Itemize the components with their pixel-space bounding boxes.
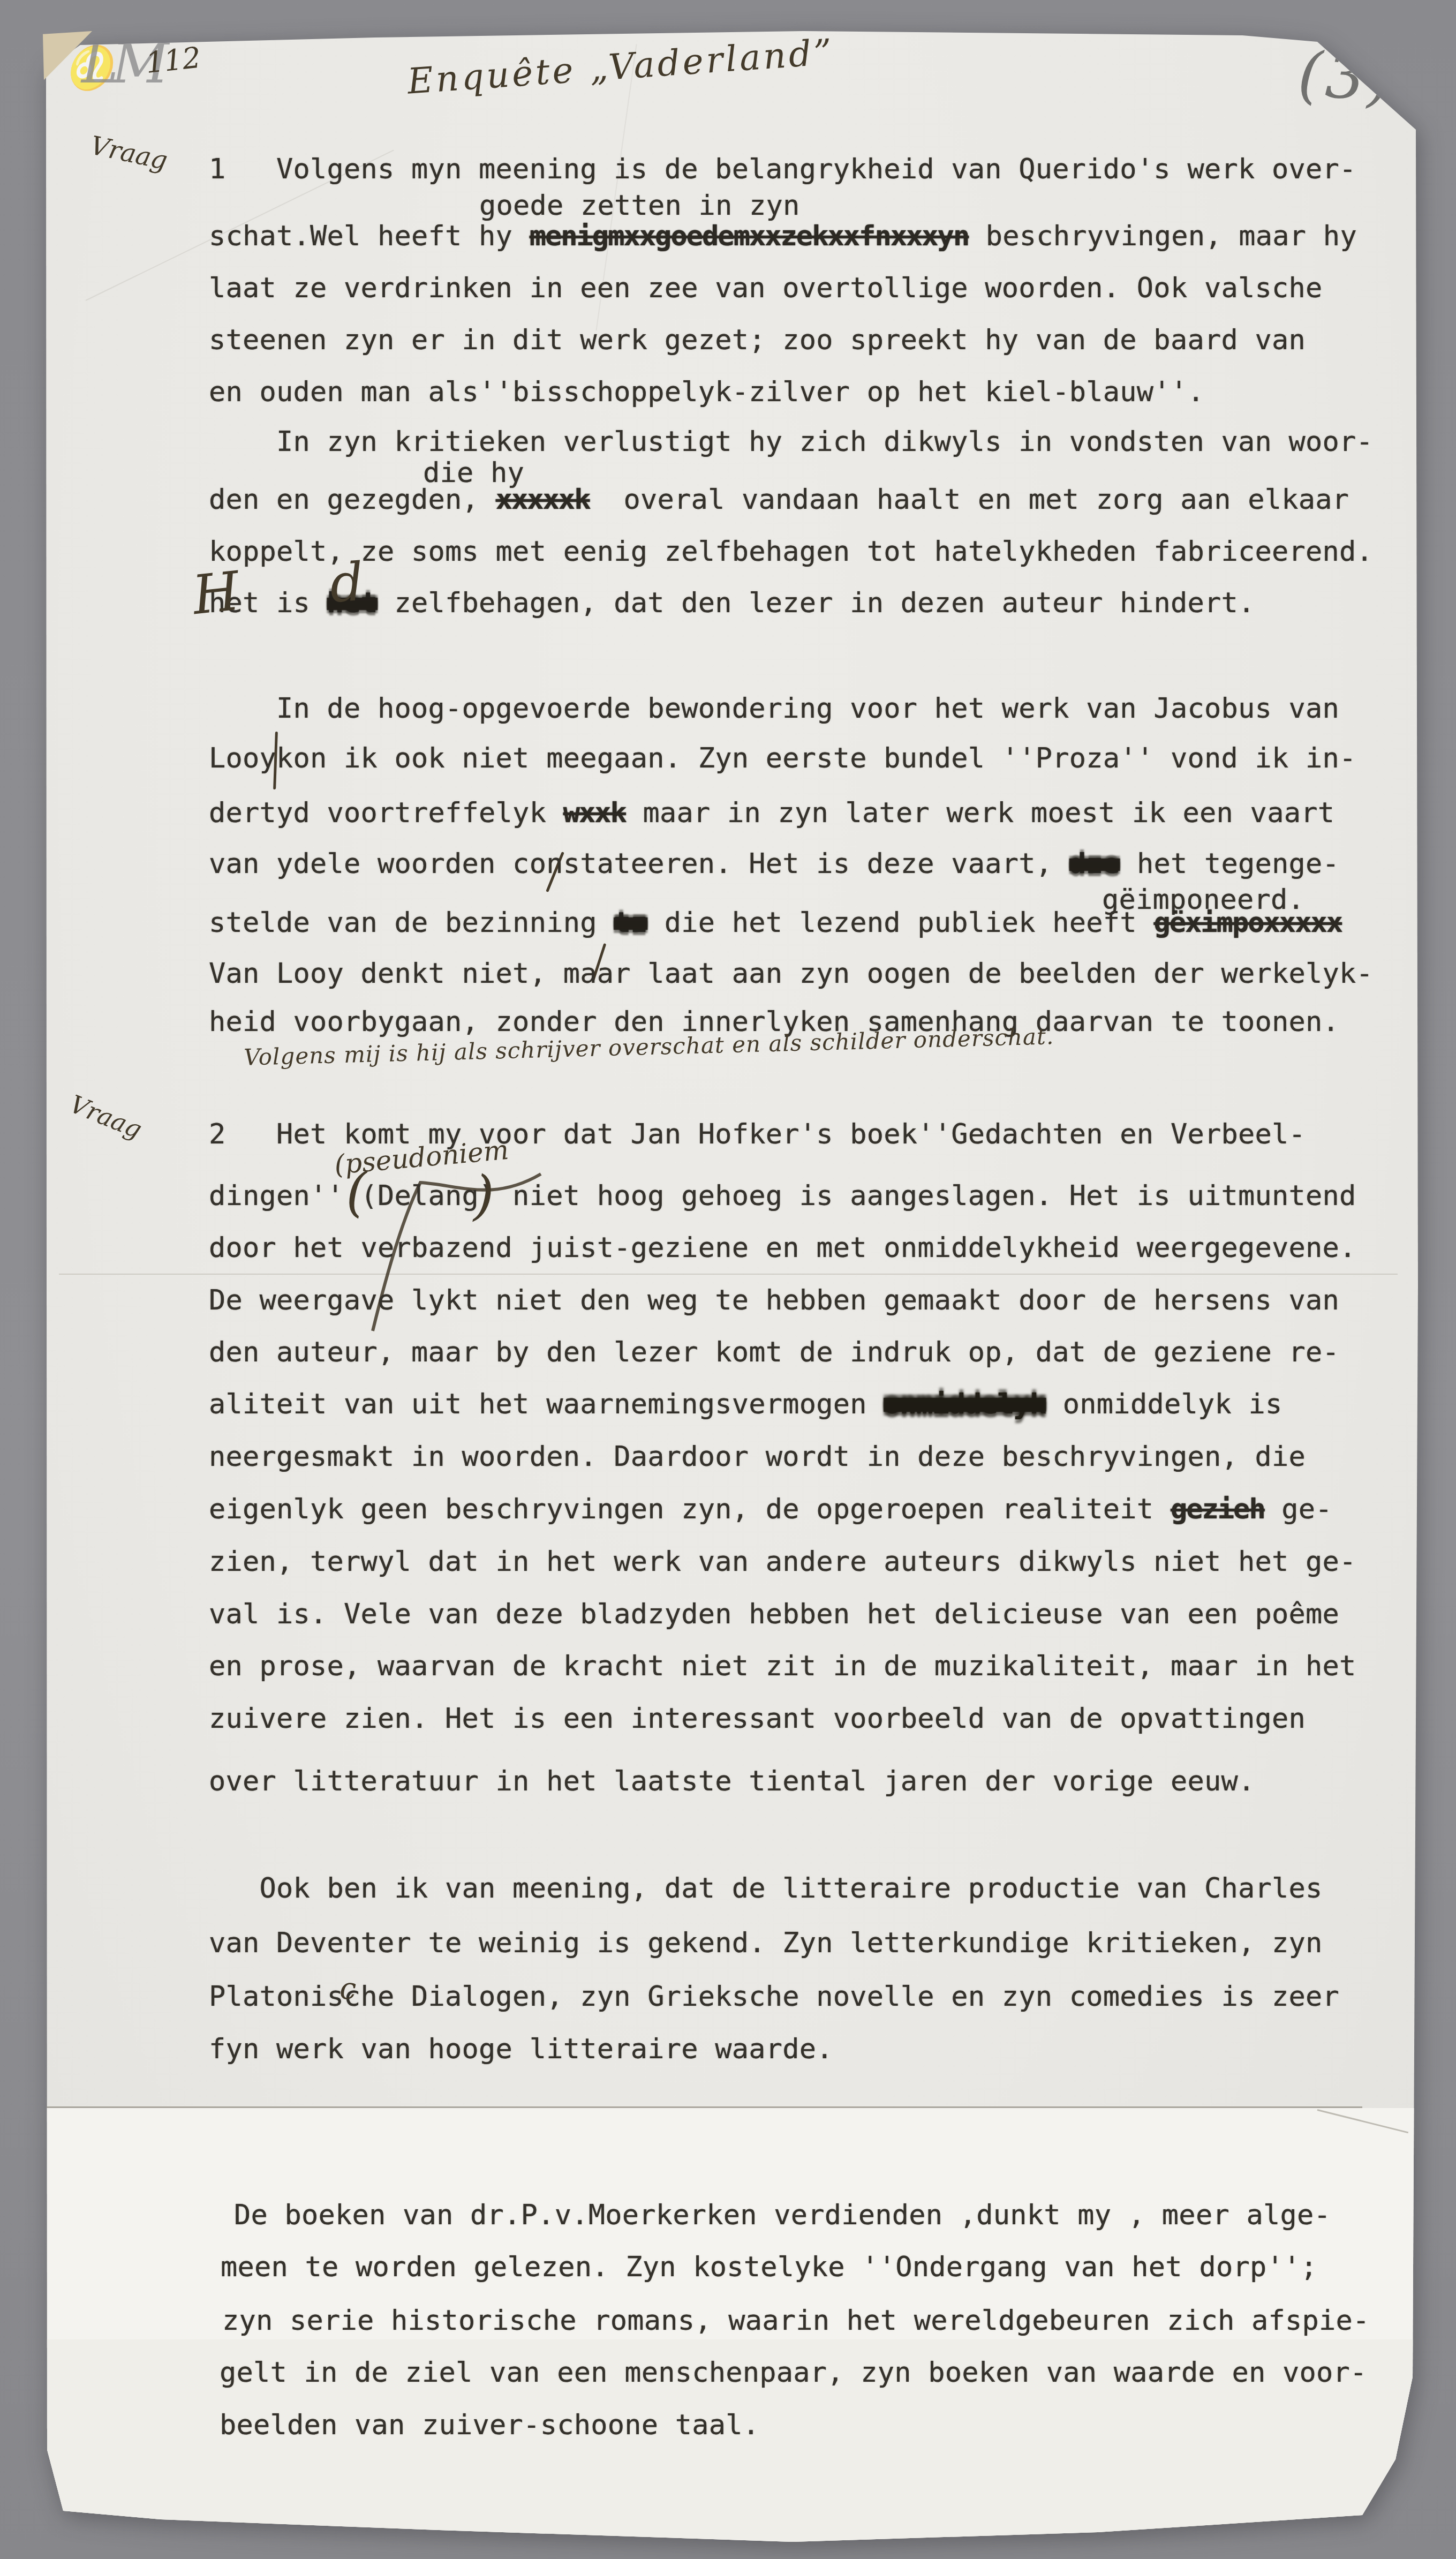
typed-segment: eigenlyk geen beschryvingen zyn, de opge…: [209, 1493, 1171, 1525]
ink-correction-c: c: [340, 1974, 356, 2004]
typed-line: 1 Volgens myn meening is de belangrykhei…: [209, 154, 1356, 185]
fold-line: [45, 2106, 1362, 2108]
scanned-document-screenshot: ♌ LM 112 Enquête „Vaderland” (3) Vraag V…: [0, 0, 1456, 2559]
typed-line: schat.Wel heeft hy menigmxxgoedemxxzekxx…: [209, 221, 1357, 252]
typed-line: beelden van zuiver-schoone taal.: [220, 2410, 759, 2441]
typed-segment: den en gezegden,: [209, 484, 496, 516]
typed-segment: dertyd voortreffelyk: [209, 797, 563, 829]
typed-line: dingen'' (Delang) niet hoog gehoeg is aa…: [209, 1181, 1356, 1211]
typed-line: stelde van de bezinning tz die het lezen…: [209, 908, 1342, 938]
page-number: (3): [1296, 43, 1397, 110]
typed-line: val is. Vele van deze bladzyden hebben h…: [209, 1599, 1339, 1630]
typed-line: en ouden man als''bisschoppelyk-zilver o…: [209, 377, 1204, 408]
typed-line: het is het zelfbehagen, dat den lezer in…: [209, 588, 1255, 619]
ink-correction-H: H: [190, 565, 242, 623]
typed-line: steenen zyn er in dit werk gezet; zoo sp…: [209, 325, 1306, 356]
typed-line: Van Looy denkt niet, maar laat aan zyn o…: [209, 959, 1373, 989]
typed-line: fyn werk van hooge litteraire waarde.: [209, 2034, 833, 2065]
typed-line: De weergave lykt niet den weg te hebben …: [209, 1285, 1339, 1316]
typed-segment: schat.Wel heeft hy: [209, 220, 530, 252]
paper-crease: [59, 1274, 1398, 1275]
typed-interline-insert: goede zetten in zyn: [479, 191, 800, 221]
typed-line: In zyn kritieken verlustigt hy zich dikw…: [209, 427, 1373, 457]
struck-text: xxxxxk: [496, 484, 590, 516]
ink-deleted-word: tz: [614, 907, 647, 939]
struck-text: gezieh: [1171, 1493, 1265, 1525]
struck-text: menigmxxgoedemxxzekxxfnxxxyn: [530, 220, 969, 252]
typed-line: Looykon ik ook niet meegaan. Zyn eerste …: [209, 743, 1356, 774]
margin-note-vraag-2: Vraag: [66, 1092, 145, 1142]
typed-line: In de hoog-opgevoerde bewondering voor h…: [209, 694, 1339, 724]
typed-line: Platonische Dialogen, zyn Grieksche nove…: [209, 1982, 1339, 2012]
typed-segment: kon ik ook niet meegaan. Zyn eerste bund…: [276, 742, 1356, 774]
typed-line: neergesmakt in woorden. Daardoor wordt i…: [209, 1442, 1306, 1472]
struck-text: wxxk: [563, 797, 626, 829]
ink-correction-d: d: [328, 556, 365, 611]
typed-segment: die het lezend publiek heeft: [647, 907, 1153, 939]
ink-paren-close: ): [473, 1169, 494, 1222]
typed-line: van ydele woorden constateeren. Het is d…: [209, 849, 1339, 879]
typed-line: zuivere zien. Het is een interessant voo…: [209, 1704, 1306, 1734]
paper-shadow-wrap: ♌ LM 112 Enquête „Vaderland” (3) Vraag V…: [0, 0, 1456, 2559]
typed-line: dertyd voortreffelyk wxxk maar in zyn la…: [209, 798, 1334, 829]
typed-line: laat ze verdrinken in een zee van overto…: [209, 273, 1322, 304]
ink-paren-open: (: [346, 1165, 367, 1219]
typed-line: aliteit van uit het waarnemingsvermogen …: [209, 1389, 1282, 1420]
typed-line: eigenlyk geen beschryvingen zyn, de opge…: [209, 1494, 1332, 1525]
typed-line: over litteratuur in het laatste tiental …: [209, 1766, 1255, 1797]
typed-segment: aliteit van uit het waarnemingsvermogen: [209, 1388, 884, 1420]
typed-line: Ook ben ik van meening, dat de litterair…: [209, 1873, 1322, 1904]
typewritten-page: ♌ LM 112 Enquête „Vaderland” (3) Vraag V…: [0, 0, 1456, 2559]
typed-segment: onmiddelyk is: [1046, 1388, 1282, 1420]
typed-line: zien, terwyl dat in het werk van andere …: [209, 1547, 1356, 1577]
typed-line: den en gezegden, xxxxxk overal vandaan h…: [209, 485, 1349, 515]
typed-line: gelt in de ziel van een menschenpaar, zy…: [220, 2358, 1367, 2388]
typed-line: koppelt, ze soms met eenig zelfbehagen t…: [209, 537, 1373, 567]
typed-line: van Deventer te weinig is gekend. Zyn le…: [209, 1928, 1322, 1959]
typed-segment: beschryvingen, maar hy: [969, 220, 1357, 252]
typed-line: zyn serie historische romans, waarin het…: [222, 2306, 1369, 2336]
typed-line: De boeken van dr.P.v.Moerkerken verdiend…: [234, 2200, 1331, 2231]
typed-line: 2 Het komt my voor dat Jan Hofker's boek…: [209, 1119, 1306, 1150]
typed-line: door het verbazend juist-geziene en met …: [209, 1233, 1356, 1263]
typed-line: den auteur, maar by den lezer komt de in…: [209, 1337, 1339, 1368]
page-title-script: Enquête „Vaderland”: [406, 34, 836, 100]
struck-text: gëximpoxxxxx: [1153, 907, 1342, 939]
typed-line: meen te worden gelezen. Zyn kostelyke ''…: [221, 2252, 1317, 2283]
typed-segment: zelfbehagen, dat den lezer in dezen aute…: [378, 587, 1255, 619]
ink-deleted-word: dze: [1069, 848, 1120, 880]
typed-segment: stelde van de bezinning: [209, 907, 614, 939]
stamp-number: 112: [144, 43, 202, 78]
typed-segment: overal vandaan haalt en met zorg aan elk…: [590, 484, 1349, 516]
margin-note-vraag-1: Vraag: [88, 132, 170, 174]
typed-line: en prose, waarvan de kracht niet zit in …: [209, 1651, 1356, 1682]
typed-segment: van ydele woorden constateeren. Het is d…: [209, 848, 1069, 880]
ink-blotted-word: onmiddelyk: [884, 1388, 1046, 1420]
typed-segment: het tegenge-: [1120, 848, 1339, 880]
typed-segment: maar in zyn later werk moest ik een vaar…: [626, 797, 1334, 829]
typed-segment: ge-: [1265, 1493, 1332, 1525]
typed-segment: Looy: [209, 742, 276, 774]
